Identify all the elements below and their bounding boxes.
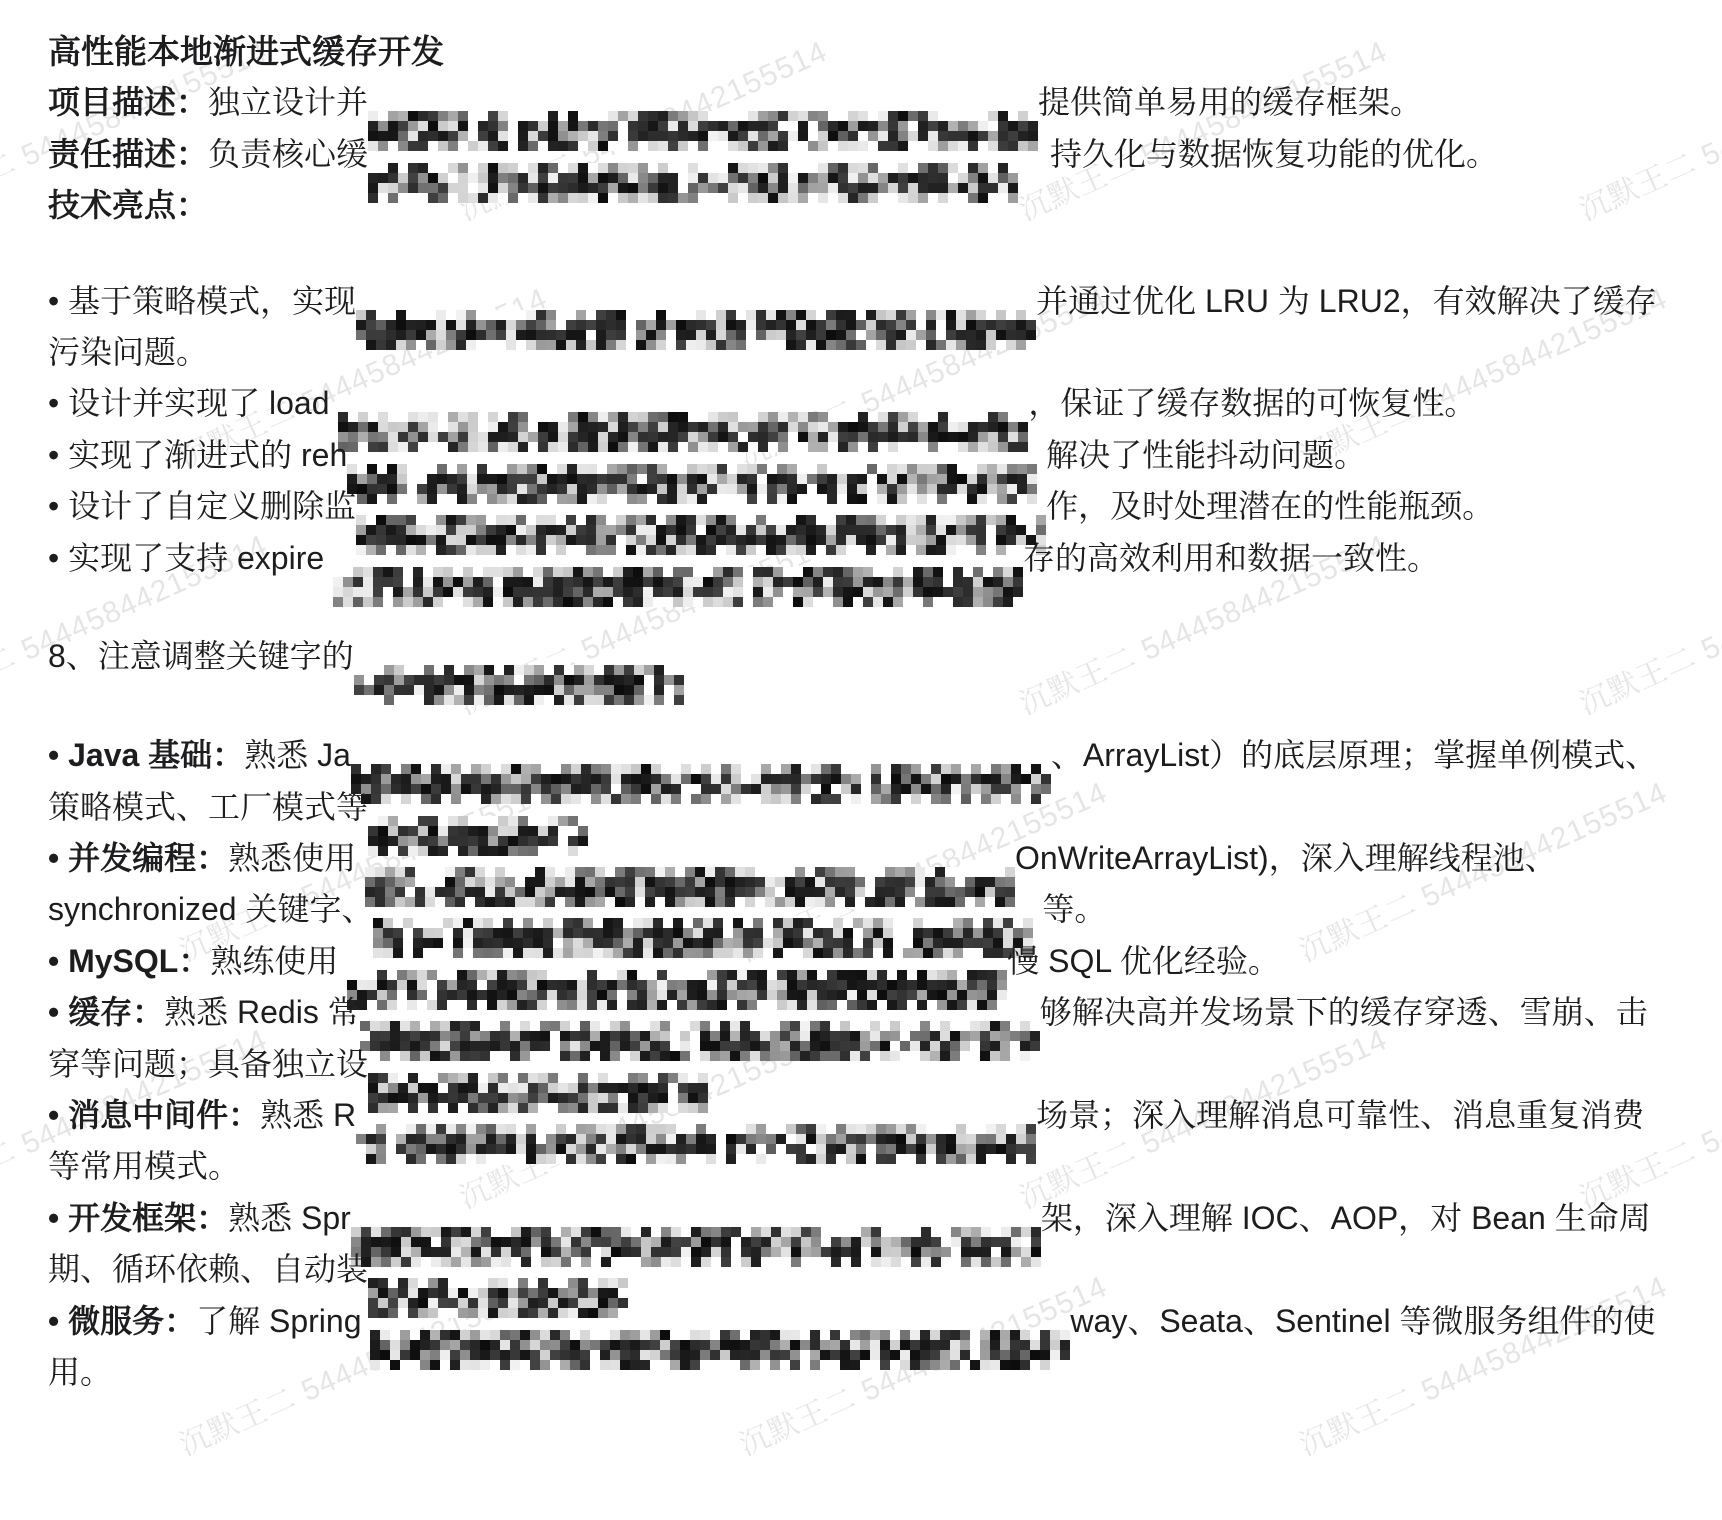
- block-highlights: • 基于策略模式，实现并通过优化 LRU 为 LRU2，有效解决了缓存污染问题。…: [48, 276, 1674, 584]
- text-line: • 并发编程：熟悉使用 OnWriteArrayList)，深入理解线程池、: [48, 833, 1674, 884]
- text-line: 责任描述：负责核心缓 持久化与数据恢复功能的优化。: [48, 129, 1674, 180]
- text-line: • 缓存：熟悉 Redis 常够解决高并发场景下的缓存穿透、雪崩、击: [48, 987, 1674, 1038]
- text-segment: 污染问题。: [48, 334, 208, 370]
- text-line: 8、注意调整关键字的: [48, 631, 1674, 682]
- field-label: • 并发编程：: [48, 840, 228, 876]
- text-segment: 熟悉 Ja: [244, 737, 351, 773]
- text-line: • 实现了支持 expire 存的高效利用和数据一致性。: [48, 533, 1674, 584]
- document-body: 高性能本地渐进式缓存开发项目描述：独立设计并提供简单易用的缓存框架。责任描述：负…: [0, 0, 1722, 1398]
- text-segment: 熟悉使用: [228, 840, 365, 876]
- text-segment: 并通过优化 LRU 为 LRU2，有效解决了缓存: [1036, 283, 1657, 319]
- text-segment: 熟悉 Spr: [228, 1200, 351, 1236]
- text-segment: 提供简单易用的缓存框架。: [1038, 84, 1422, 120]
- text-line: • 消息中间件：熟悉 R场景；深入理解消息可靠性、消息重复消费: [48, 1090, 1674, 1141]
- redacted-block: [356, 1124, 1036, 1164]
- document-title: 高性能本地渐进式缓存开发: [48, 33, 444, 70]
- text-line: 项目描述：独立设计并提供简单易用的缓存框架。: [48, 77, 1674, 128]
- text-segment: 熟悉 Redis 常: [164, 994, 360, 1030]
- block-header: 高性能本地渐进式缓存开发项目描述：独立设计并提供简单易用的缓存框架。责任描述：负…: [48, 26, 1674, 232]
- text-segment: 等常用模式。: [48, 1148, 240, 1184]
- text-segment: 、ArrayList）的底层原理；掌握单例模式、: [1051, 737, 1657, 773]
- text-segment: 够解决高并发场景下的缓存穿透、雪崩、击: [1040, 994, 1648, 1030]
- text-line: • 实现了渐进式的 reh 解决了性能抖动问题。: [48, 430, 1674, 481]
- text-segment: • 基于策略模式，实现: [48, 283, 356, 319]
- text-line: • Java 基础：熟悉 Ja、ArrayList）的底层原理；掌握单例模式、: [48, 730, 1674, 781]
- text-segment: • 设计并实现了 load: [48, 385, 338, 421]
- field-label: • MySQL：: [48, 943, 210, 979]
- field-label: • 缓存：: [48, 994, 164, 1030]
- text-segment: 穿等问题；具备独立设: [48, 1046, 368, 1082]
- text-segment: 等。: [1033, 891, 1106, 927]
- text-segment: • 设计了自定义删除监: [48, 488, 356, 524]
- field-label: 项目描述：: [48, 84, 208, 120]
- text-line: synchronized 关键字、 等。: [48, 884, 1674, 935]
- block-skills: • Java 基础：熟悉 Ja、ArrayList）的底层原理；掌握单例模式、策…: [48, 730, 1674, 1398]
- text-line: • 设计并实现了 load ，保证了缓存数据的可恢复性。: [48, 378, 1674, 429]
- text-segment: 熟练使用: [210, 943, 347, 979]
- text-line: • 微服务：了解 Spring way、Seata、Sentinel 等微服务组…: [48, 1296, 1674, 1347]
- text-segment: 场景；深入理解消息可靠性、消息重复消费: [1036, 1097, 1644, 1133]
- text-segment: 负责核心缓: [208, 136, 368, 172]
- text-line: • 设计了自定义删除监作，及时处理潜在的性能瓶颈。: [48, 481, 1674, 532]
- redacted-block: [368, 163, 1018, 203]
- text-segment: 8、注意调整关键字的: [48, 638, 354, 674]
- text-segment: 持久化与数据恢复功能的优化。: [1018, 136, 1498, 172]
- text-segment: 独立设计并: [208, 84, 368, 120]
- text-segment: 慢 SQL 优化经验。: [1007, 943, 1280, 979]
- text-segment: • 实现了渐进式的 reh: [48, 437, 347, 473]
- text-segment: 熟悉 R: [260, 1097, 356, 1133]
- text-line: • 基于策略模式，实现并通过优化 LRU 为 LRU2，有效解决了缓存: [48, 276, 1674, 327]
- text-line: • 开发框架：熟悉 Spr架，深入理解 IOC、AOP，对 Bean 生命周: [48, 1193, 1674, 1244]
- field-label: • 消息中间件：: [48, 1097, 260, 1133]
- text-line: 高性能本地渐进式缓存开发: [48, 26, 1674, 77]
- redacted-block: [333, 567, 1023, 607]
- redacted-block: [356, 310, 1036, 350]
- text-segment: 策略模式、工厂模式等: [48, 789, 368, 825]
- field-label: • 开发框架：: [48, 1200, 228, 1236]
- text-segment: 用。: [48, 1354, 112, 1390]
- text-segment: 作，及时处理潜在的性能瓶颈。: [1046, 488, 1494, 524]
- field-label: 技术亮点：: [48, 187, 208, 223]
- document-page: 沉默王二 544458442155514沉默王二 544458442155514…: [0, 0, 1722, 1520]
- text-segment: • 实现了支持 expire: [48, 540, 333, 576]
- text-segment: way、Seata、Sentinel 等微服务组件的使: [1070, 1303, 1655, 1339]
- text-line: • MySQL：熟练使用 慢 SQL 优化经验。: [48, 936, 1674, 987]
- block-note: 8、注意调整关键字的: [48, 631, 1674, 682]
- redacted-block: [370, 1330, 1070, 1370]
- text-segment: 期、循环依赖、自动装: [48, 1251, 368, 1287]
- field-label: 责任描述：: [48, 136, 208, 172]
- text-segment: 了解 Spring: [196, 1303, 370, 1339]
- field-label: • 微服务：: [48, 1303, 196, 1339]
- text-segment: 存的高效利用和数据一致性。: [1023, 540, 1439, 576]
- field-label: • Java 基础：: [48, 737, 244, 773]
- text-segment: 架，深入理解 IOC、AOP，对 Bean 生命周: [1041, 1200, 1651, 1236]
- text-segment: OnWriteArrayList)，深入理解线程池、: [1015, 840, 1557, 876]
- text-segment: synchronized 关键字、: [48, 891, 373, 927]
- text-segment: ，保证了缓存数据的可恢复性。: [1028, 385, 1476, 421]
- redacted-block: [354, 665, 684, 705]
- text-segment: 解决了性能抖动问题。: [1037, 437, 1366, 473]
